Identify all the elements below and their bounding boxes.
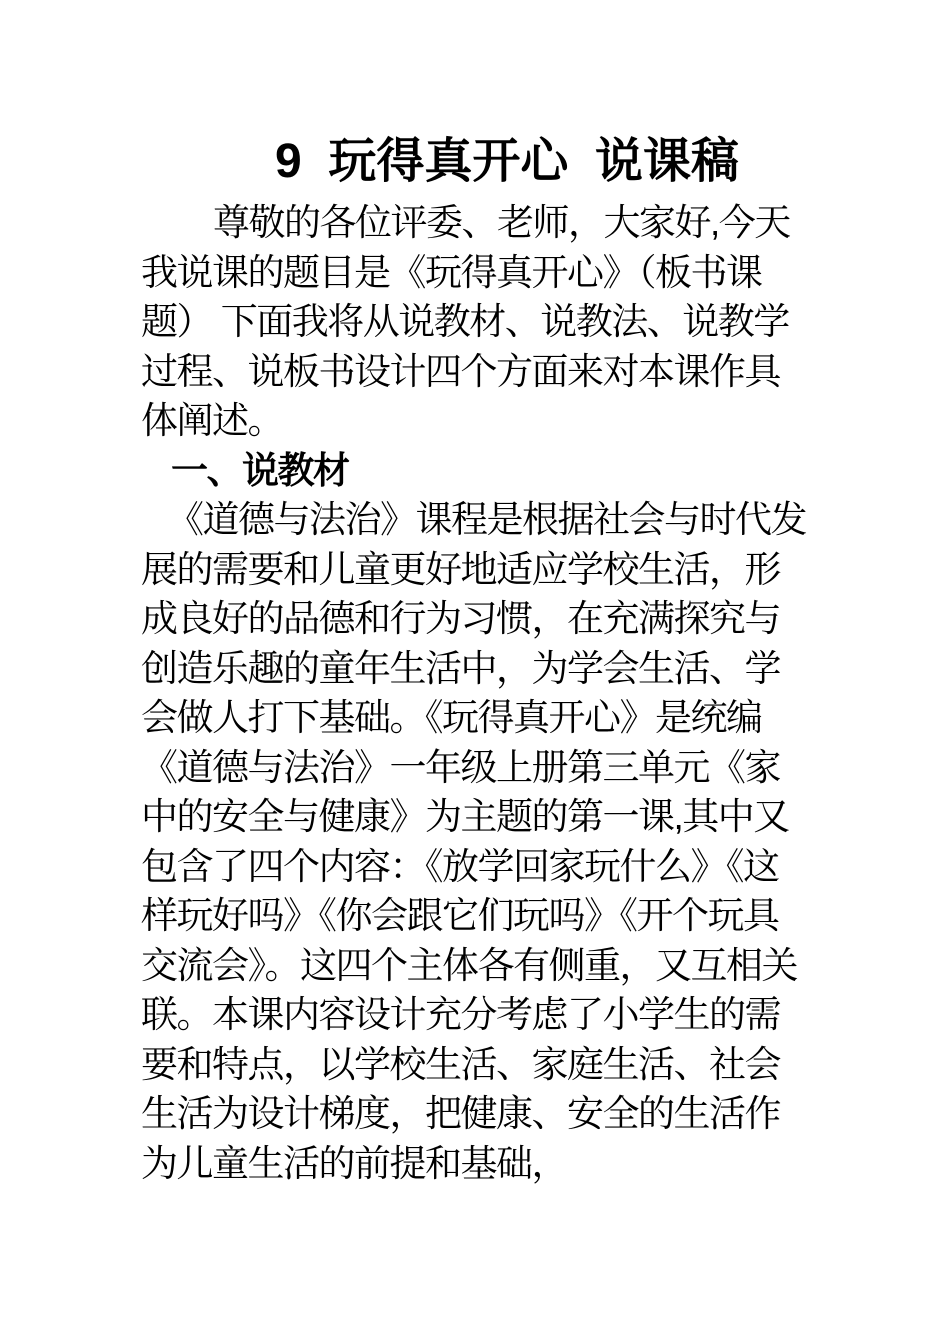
section-paragraph-jiaocai: 《道德与法治》课程是根据社会与时代发展的需要和儿童更好地适应学校生活，形成良好的… [141,495,809,1188]
section-heading-shuo-jiaocai: 一、说教材 [141,446,809,496]
document-page: 9 玩得真开心 说课稿 尊敬的各位评委、老师，大家好,今天我说课的题目是《玩得真… [0,0,950,1344]
document-title: 9 玩得真开心 说课稿 [141,126,809,198]
intro-paragraph: 尊敬的各位评委、老师，大家好,今天我说课的题目是《玩得真开心》（板书课题） 下面… [141,198,809,446]
